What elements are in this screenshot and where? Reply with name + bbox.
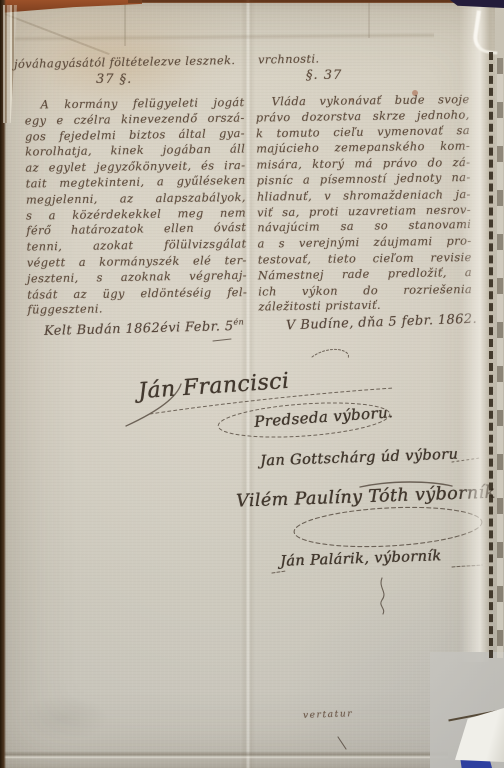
right-section-header: §. 37 (306, 68, 342, 83)
paper-stain (18, 695, 108, 741)
left-dateline-superscript: én (233, 317, 244, 326)
text-line: Námestnej rade predložiť, a (258, 265, 472, 284)
text-line: hliadnuť, v shromaždeniach ja- (257, 187, 471, 205)
top-page-edge (128, 0, 468, 3)
right-column-text: Vláda vykonávať bude svoje právo dozorst… (255, 92, 472, 316)
text-line: tását az ügy eldöntéséig fel- (27, 285, 247, 303)
text-line: Vláda vykonávať bude svoje (255, 92, 469, 110)
bottom-crease (0, 751, 448, 759)
text-line: tait megtekinteni, a gyűléseken (26, 173, 246, 192)
text-line: megjelenni, az alapszabályok, (26, 190, 246, 208)
text-line: k tomuto cieľu vymenovať sa (256, 123, 470, 142)
right-edge-marks (497, 58, 503, 658)
text-line: gos fejedelmi biztos által gya- (25, 126, 245, 145)
text-line: jeszteni, s azoknak végrehaj- (27, 268, 247, 287)
manuscript-photo: jóváhagyásától föltételezve lesznek. 37 … (0, 0, 504, 768)
left-section-header: 37 §. (96, 72, 132, 87)
text-line: pisníc a písemností jednoty na- (257, 170, 471, 189)
turn-page-note: vertatur (303, 709, 354, 721)
vertical-crease (368, 2, 370, 38)
right-continuation-line: vrchnosti. (258, 51, 320, 66)
left-column-text: A kormány felügyeleti jogát egy e czélra… (24, 94, 247, 318)
binding-stitch-line (489, 52, 493, 658)
text-line: ich výkon do rozriešenia (258, 282, 472, 300)
text-line: A kormány felügyeleti jogát (24, 95, 244, 113)
